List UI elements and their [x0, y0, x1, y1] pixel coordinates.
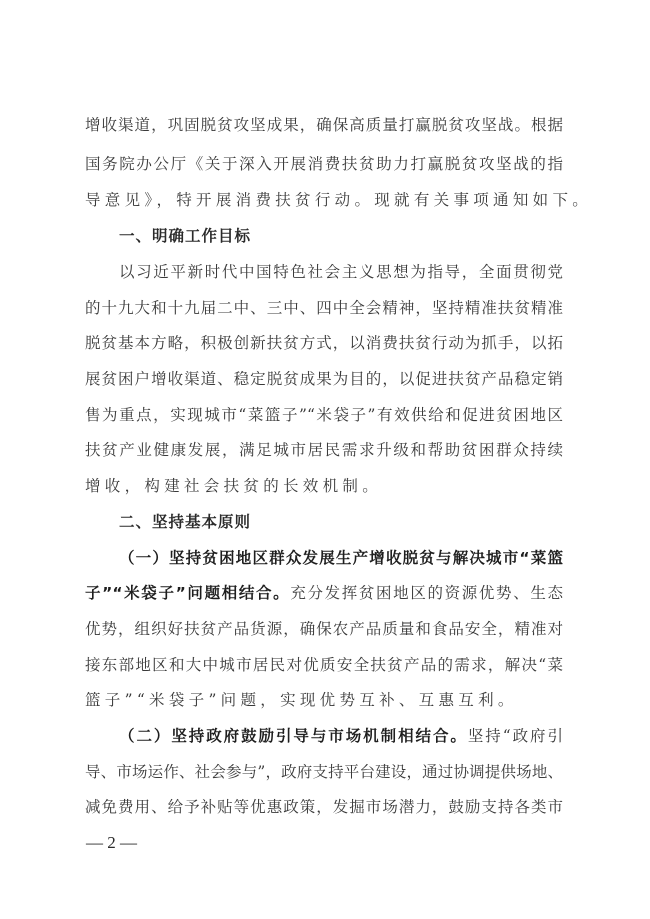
principle-1-title: （一）坚持贫困地区群众发展生产增收脱贫与解决城市“菜篮 [119, 546, 563, 570]
body-text-line: 接东部地区和大中城市居民对优质安全扶贫产品的需求，解决“菜 [85, 653, 563, 677]
body-text-line: 展贫困户增收渠道、稳定脱贫成果为目的，以促进扶贫产品稳定销 [85, 367, 563, 391]
body-text-line: （二）坚持政府鼓励引导与市场机制相结合。坚持“政府引 [119, 724, 563, 748]
body-text-line: 国务院办公厅《关于深入开展消费扶贫助力打赢脱贫攻坚战的指 [85, 152, 563, 176]
principle-1-text: 充分发挥贫困地区的资源优势、生态 [290, 584, 563, 602]
body-text-line: 篮子”“米袋子”问题，实现优势互补、互惠互利。 [85, 688, 563, 712]
body-text-line: 优势，组织好扶贫产品货源，确保农产品质量和食品安全，精准对 [85, 617, 563, 641]
body-text-line: 脱贫基本方略，积极创新扶贫方式，以消费扶贫行动为抓手，以拓 [85, 331, 563, 355]
principle-2-text: 坚持“政府引 [468, 727, 563, 745]
section-heading-principles: 二、坚持基本原则 [119, 510, 251, 534]
body-text-line: 增收渠道，巩固脱贫攻坚成果，确保高质量打赢脱贫攻坚战。根据 [85, 113, 563, 137]
principle-2-title: （二）坚持政府鼓励引导与市场机制相结合。 [119, 727, 468, 745]
body-text-line: 减免费用、给予补贴等优惠政策，发掘市场潜力，鼓励支持各类市 [85, 795, 563, 819]
section-heading-goals: 一、明确工作目标 [119, 224, 251, 248]
document-page: 增收渠道，巩固脱贫攻坚成果，确保高质量打赢脱贫攻坚战。根据 国务院办公厅《关于深… [0, 0, 650, 919]
body-text-line: 子”“米袋子”问题相结合。充分发挥贫困地区的资源优势、生态 [85, 581, 563, 605]
body-text-line: 导、市场运作、社会参与”，政府支持平台建设，通过协调提供场地、 [85, 760, 563, 784]
page-number: — 2 — [86, 831, 137, 855]
body-text-line: 的十九大和十九届二中、三中、四中全会精神，坚持精准扶贫精准 [85, 296, 563, 320]
body-text-line: 以习近平新时代中国特色社会主义思想为指导，全面贯彻党 [119, 260, 563, 284]
body-text-line: 扶贫产业健康发展，满足城市居民需求升级和帮助贫困群众持续 [85, 438, 563, 462]
principle-1-title-cont: 子”“米袋子”问题相结合。 [85, 584, 290, 602]
body-text-line: 导意见》，特开展消费扶贫行动。现就有关事项通知如下。 [85, 188, 563, 212]
body-text-line: 增收，构建社会扶贫的长效机制。 [85, 474, 563, 498]
body-text-line: 售为重点，实现城市“菜篮子”“米袋子”有效供给和促进贫困地区 [85, 403, 563, 427]
